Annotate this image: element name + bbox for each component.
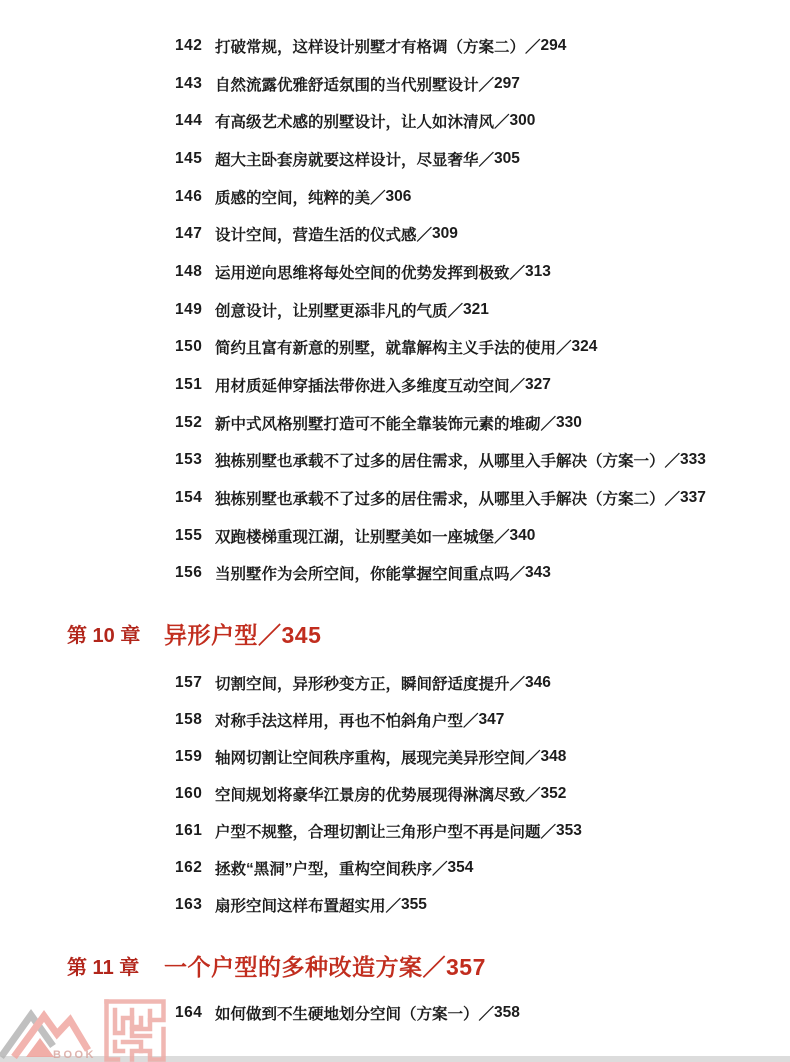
entry-page-number: 309: [432, 225, 458, 243]
entry-title: 如何做到不生硬地划分空间（方案一）: [215, 1002, 479, 1024]
entry-number: 161: [175, 822, 205, 840]
entry-separator: ／: [494, 110, 510, 132]
entry-separator: ／: [510, 672, 526, 694]
toc-entry: 155 双跑楼梯重现江湖，让别墅美如一座城堡 ／ 340: [0, 517, 790, 555]
toc-entry: 158 对称手法这样用，再也不怕斜角户型 ／ 347: [0, 702, 790, 739]
chapter-11-title-text: 一个户型的多种改造方案: [164, 954, 423, 980]
toc-entry: 154 独栋别墅也承载不了过多的居住需求，从哪里入手解决（方案二） ／ 337: [0, 479, 790, 517]
entry-number: 159: [175, 748, 205, 766]
entry-title: 拯救“黑洞”户型，重构空间秩序: [215, 857, 432, 879]
entry-number: 163: [175, 896, 205, 914]
entry-title: 空间规划将豪华江景房的优势展现得淋漓尽致: [215, 783, 525, 805]
book-toc-page: 142 打破常规，这样设计别墅才有格调（方案二） ／ 294 143 自然流露优…: [0, 0, 790, 1062]
entry-page-number: 337: [680, 489, 706, 507]
chapter9-entries-list: 142 打破常规，这样设计别墅才有格调（方案二） ／ 294 143 自然流露优…: [0, 27, 790, 592]
chapter-10-separator: ／: [258, 622, 282, 648]
toc-entry: 147 设计空间，营造生活的仪式感 ／ 309: [0, 215, 790, 253]
entry-title: 当别墅作为会所空间，你能掌握空间重点吗: [215, 562, 510, 584]
entry-page-number: 352: [541, 785, 567, 803]
chapter-10-title-text: 异形户型: [164, 622, 258, 648]
entry-number: 164: [175, 1004, 205, 1022]
entry-number: 143: [175, 75, 205, 93]
entry-page-number: 346: [525, 674, 551, 692]
entry-title: 创意设计，让别墅更添非凡的气质: [215, 299, 448, 321]
entry-title: 打破常规，这样设计别墅才有格调（方案二）: [215, 35, 525, 57]
entry-separator: ／: [494, 525, 510, 547]
toc-entry: 156 当别墅作为会所空间，你能掌握空间重点吗 ／ 343: [0, 555, 790, 593]
chapter10-entries-list: 157 切割空间，异形秒变方正，瞬间舒适度提升 ／ 346 158 对称手法这样…: [0, 665, 790, 923]
entry-page-number: 327: [525, 376, 551, 394]
chapter-10-title: 异形户型／345: [164, 617, 321, 650]
entry-title: 轴网切割让空间秩序重构，展现完美异形空间: [215, 746, 525, 768]
toc-entry: 159 轴网切割让空间秩序重构，展现完美异形空间 ／ 348: [0, 739, 790, 776]
entry-separator: ／: [541, 820, 557, 842]
entry-title: 新中式风格别墅打造可不能全靠装饰元素的堆砌: [215, 412, 541, 434]
entry-separator: ／: [510, 562, 526, 584]
entry-number: 146: [175, 188, 205, 206]
chapter-11-page-number: 357: [446, 954, 486, 980]
entry-separator: ／: [386, 894, 402, 916]
entry-title: 设计空间，营造生活的仪式感: [215, 223, 417, 245]
entry-number: 142: [175, 37, 205, 55]
entry-number: 153: [175, 451, 205, 469]
entry-title: 扇形空间这样布置超实用: [215, 894, 386, 916]
publisher-seal-watermark-icon: [104, 999, 166, 1062]
entry-page-number: 313: [525, 263, 551, 281]
entry-separator: ／: [541, 412, 557, 434]
entry-separator: ／: [479, 73, 495, 95]
entry-separator: ／: [479, 148, 495, 170]
chapter-10-label: 第 10 章: [67, 619, 164, 648]
entry-title: 自然流露优雅舒适氛围的当代别墅设计: [215, 73, 479, 95]
entry-separator: ／: [510, 374, 526, 396]
entry-page-number: 343: [525, 564, 551, 582]
toc-entry: 151 用材质延伸穿插法带你进入多维度互动空间 ／ 327: [0, 366, 790, 404]
toc-entry: 149 创意设计，让别墅更添非凡的气质 ／ 321: [0, 291, 790, 329]
entry-separator: ／: [510, 261, 526, 283]
entry-separator: ／: [525, 783, 541, 805]
toc-entry: 153 独栋别墅也承载不了过多的居住需求，从哪里入手解决（方案一） ／ 333: [0, 442, 790, 480]
entry-title: 对称手法这样用，再也不怕斜角户型: [215, 709, 463, 731]
toc-entry: 157 切割空间，异形秒变方正，瞬间舒适度提升 ／ 346: [0, 665, 790, 702]
chapter-11-separator: ／: [423, 954, 447, 980]
toc-entry: 142 打破常规，这样设计别墅才有格调（方案二） ／ 294: [0, 27, 790, 65]
entry-number: 160: [175, 785, 205, 803]
entry-page-number: 324: [572, 338, 598, 356]
entry-page-number: 348: [541, 748, 567, 766]
entry-number: 158: [175, 711, 205, 729]
entry-separator: ／: [370, 186, 386, 208]
entry-page-number: 321: [463, 301, 489, 319]
chapter-10-heading: 第 10 章 异形户型／345: [0, 614, 790, 652]
toc-entry: 162 拯救“黑洞”户型，重构空间秩序 ／ 354: [0, 849, 790, 886]
entry-separator: ／: [665, 449, 681, 471]
entry-number: 156: [175, 564, 205, 582]
entry-page-number: 333: [680, 451, 706, 469]
entry-number: 148: [175, 263, 205, 281]
entry-page-number: 355: [401, 896, 427, 914]
entry-number: 144: [175, 112, 205, 130]
entry-number: 157: [175, 674, 205, 692]
entry-title: 户型不规整，合理切割让三角形户型不再是问题: [215, 820, 541, 842]
entry-page-number: 297: [494, 75, 520, 93]
entry-separator: ／: [479, 1002, 495, 1024]
entry-page-number: 354: [448, 859, 474, 877]
toc-entry: 160 空间规划将豪华江景房的优势展现得淋漓尽致 ／ 352: [0, 776, 790, 813]
publisher-book-logo-icon: BOOK: [0, 1000, 100, 1062]
toc-entry: 146 质感的空间，纯粹的美 ／ 306: [0, 178, 790, 216]
entry-number: 151: [175, 376, 205, 394]
entry-title: 独栋别墅也承载不了过多的居住需求，从哪里入手解决（方案一）: [215, 449, 665, 471]
entry-title: 用材质延伸穿插法带你进入多维度互动空间: [215, 374, 510, 396]
entry-page-number: 294: [541, 37, 567, 55]
entry-number: 155: [175, 527, 205, 545]
entry-number: 147: [175, 225, 205, 243]
toc-entry: 163 扇形空间这样布置超实用 ／ 355: [0, 886, 790, 923]
toc-entry: 148 运用逆向思维将每处空间的优势发挥到极致 ／ 313: [0, 253, 790, 291]
entry-separator: ／: [525, 35, 541, 57]
entry-page-number: 306: [386, 188, 412, 206]
entry-separator: ／: [525, 746, 541, 768]
entry-page-number: 340: [510, 527, 536, 545]
entry-page-number: 305: [494, 150, 520, 168]
entry-title: 切割空间，异形秒变方正，瞬间舒适度提升: [215, 672, 510, 694]
entry-number: 152: [175, 414, 205, 432]
chapter-11-title: 一个户型的多种改造方案／357: [164, 949, 486, 982]
entry-number: 150: [175, 338, 205, 356]
entry-number: 145: [175, 150, 205, 168]
entry-title: 双跑楼梯重现江湖，让别墅美如一座城堡: [215, 525, 494, 547]
entry-separator: ／: [556, 336, 572, 358]
toc-entry: 143 自然流露优雅舒适氛围的当代别墅设计 ／ 297: [0, 65, 790, 103]
entry-title: 有高级艺术感的别墅设计，让人如沐清风: [215, 110, 494, 132]
entry-separator: ／: [448, 299, 464, 321]
entry-separator: ／: [665, 487, 681, 509]
entry-title: 质感的空间，纯粹的美: [215, 186, 370, 208]
chapter-11-label: 第 11 章: [67, 951, 164, 980]
entry-page-number: 300: [510, 112, 536, 130]
entry-title: 独栋别墅也承载不了过多的居住需求，从哪里入手解决（方案二）: [215, 487, 665, 509]
entry-title: 运用逆向思维将每处空间的优势发挥到极致: [215, 261, 510, 283]
toc-entry: 144 有高级艺术感的别墅设计，让人如沐清风 ／ 300: [0, 102, 790, 140]
entry-separator: ／: [417, 223, 433, 245]
entry-page-number: 353: [556, 822, 582, 840]
entry-number: 154: [175, 489, 205, 507]
entry-page-number: 358: [494, 1004, 520, 1022]
logo-book-text: BOOK: [53, 1049, 96, 1061]
entry-page-number: 330: [556, 414, 582, 432]
entry-separator: ／: [463, 709, 479, 731]
chapter-11-heading: 第 11 章 一个户型的多种改造方案／357: [0, 946, 790, 984]
entry-separator: ／: [432, 857, 448, 879]
toc-entry: 150 简约且富有新意的别墅，就靠解构主义手法的使用 ／ 324: [0, 329, 790, 367]
toc-entry: 161 户型不规整，合理切割让三角形户型不再是问题 ／ 353: [0, 813, 790, 850]
entry-page-number: 347: [479, 711, 505, 729]
entry-title: 简约且富有新意的别墅，就靠解构主义手法的使用: [215, 336, 556, 358]
toc-entry: 152 新中式风格别墅打造可不能全靠装饰元素的堆砌 ／ 330: [0, 404, 790, 442]
entry-title: 超大主卧套房就要这样设计，尽显奢华: [215, 148, 479, 170]
chapter-10-page-number: 345: [282, 622, 322, 648]
entry-number: 162: [175, 859, 205, 877]
toc-entry: 145 超大主卧套房就要这样设计，尽显奢华 ／ 305: [0, 140, 790, 178]
entry-number: 149: [175, 301, 205, 319]
